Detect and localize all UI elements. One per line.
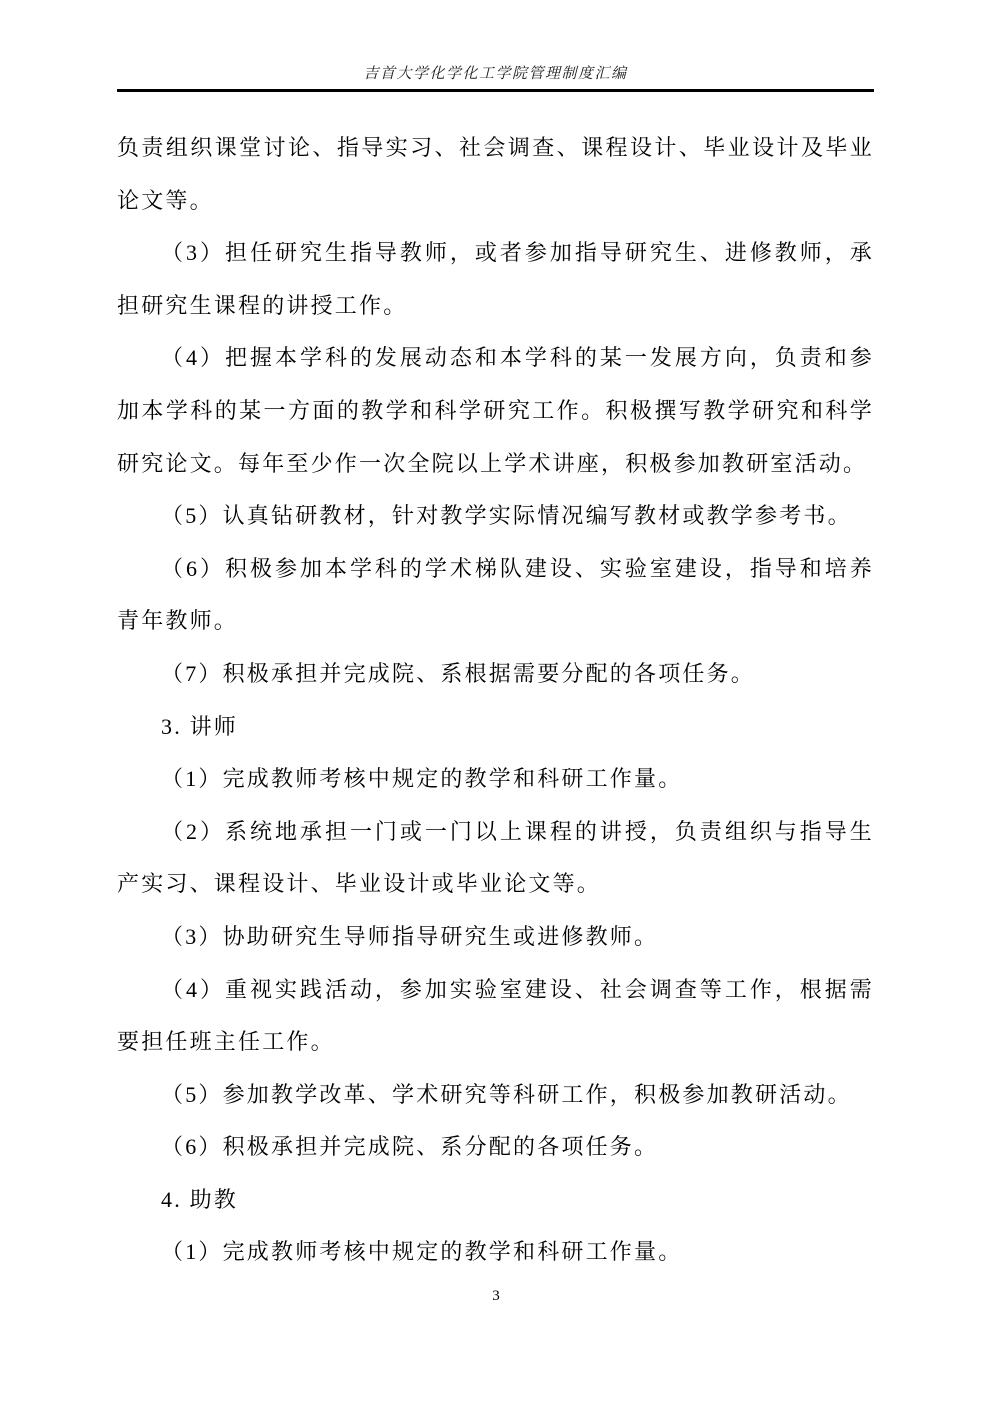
page-header: 吉首大学化学化工学院管理制度汇编: [117, 62, 874, 92]
paragraph: （1）完成教师考核中规定的教学和科研工作量。: [117, 1226, 874, 1279]
document-body: 负责组织课堂讨论、指导实习、社会调查、课程设计、毕业设计及毕业论文等。 （3）担…: [117, 122, 874, 1279]
paragraph: 负责组织课堂讨论、指导实习、社会调查、课程设计、毕业设计及毕业论文等。: [117, 122, 874, 227]
document-page: 吉首大学化学化工学院管理制度汇编 负责组织课堂讨论、指导实习、社会调查、课程设计…: [0, 0, 992, 1403]
paragraph: （5）认真钻研教材，针对教学实际情况编写教材或教学参考书。: [117, 490, 874, 543]
paragraph: （6）积极承担并完成院、系分配的各项任务。: [117, 1121, 874, 1174]
paragraph: （1）完成教师考核中规定的教学和科研工作量。: [117, 753, 874, 806]
page-footer: 3: [0, 1288, 992, 1305]
page-number: 3: [492, 1288, 500, 1304]
section-heading: 4. 助教: [117, 1174, 874, 1227]
paragraph: （7）积极承担并完成院、系根据需要分配的各项任务。: [117, 648, 874, 701]
paragraph: （3）协助研究生导师指导研究生或进修教师。: [117, 911, 874, 964]
paragraph: （6）积极参加本学科的学术梯队建设、实验室建设，指导和培养青年教师。: [117, 543, 874, 648]
paragraph: （5）参加教学改革、学术研究等科研工作，积极参加教研活动。: [117, 1069, 874, 1122]
paragraph: （4）重视实践活动，参加实验室建设、社会调查等工作，根据需要担任班主任工作。: [117, 964, 874, 1069]
header-title: 吉首大学化学化工学院管理制度汇编: [117, 62, 874, 83]
paragraph: （2）系统地承担一门或一门以上课程的讲授，负责组织与指导生产实习、课程设计、毕业…: [117, 806, 874, 911]
section-heading: 3. 讲师: [117, 701, 874, 754]
paragraph: （3）担任研究生指导教师，或者参加指导研究生、进修教师，承担研究生课程的讲授工作…: [117, 227, 874, 332]
paragraph: （4）把握本学科的发展动态和本学科的某一发展方向，负责和参加本学科的某一方面的教…: [117, 332, 874, 490]
